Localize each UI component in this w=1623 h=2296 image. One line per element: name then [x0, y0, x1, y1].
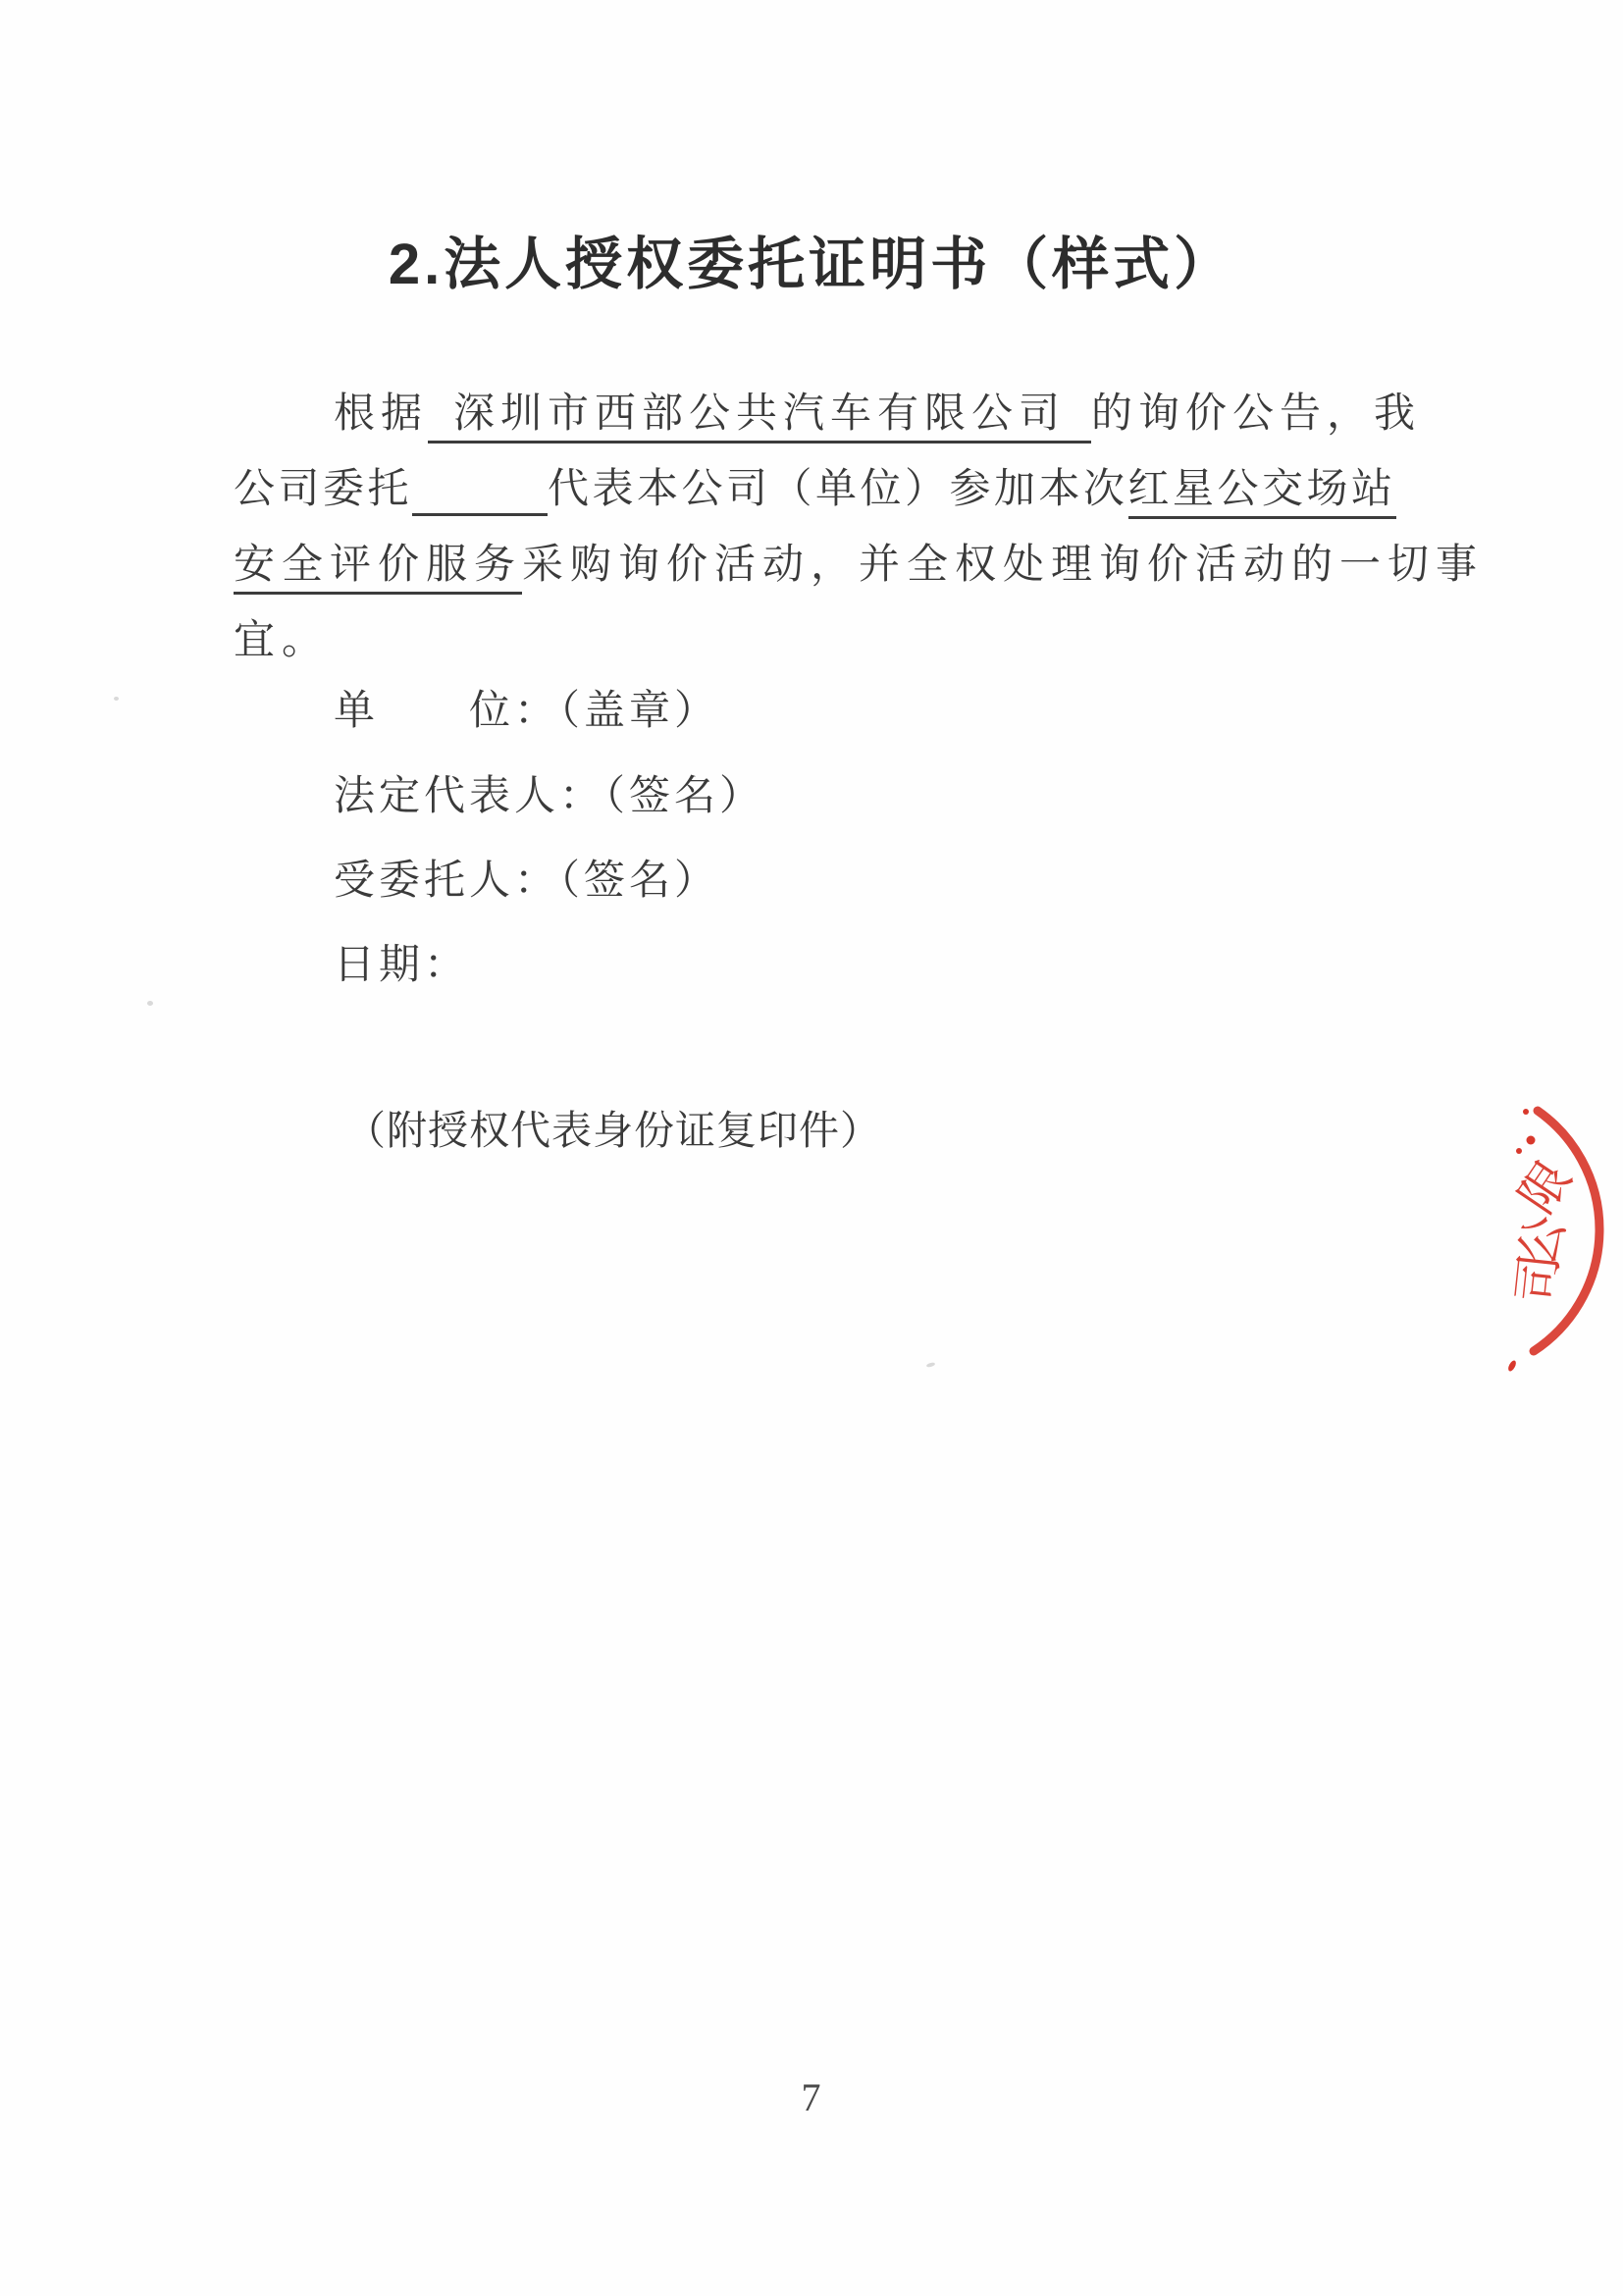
scan-speck [926, 1362, 936, 1368]
seal-speck-bottom [1507, 1359, 1518, 1372]
scan-speck [147, 1001, 153, 1006]
paragraph-line-2: 公司委托代表本公司（单位）参加本次红星公交场站 [234, 456, 1396, 515]
text-genju: 根据 [334, 391, 428, 437]
paragraph-line-1: 根据深圳市西部公共汽车有限公司的询价公告，我 [334, 381, 1421, 440]
form-unit-seal-line: 单 位：（盖章） [334, 678, 719, 737]
text-represent: 代表本公司（单位）参加本次 [548, 467, 1128, 512]
underlined-company-name: 深圳市西部公共汽车有限公司 [428, 391, 1091, 444]
seal-speck-1 [1523, 1109, 1529, 1115]
paragraph-line-4: 宜。 [234, 607, 330, 666]
scan-speck [114, 697, 119, 701]
text-procurement-activity: 采购询价活动，并全权处理询价活动的一切事 [522, 543, 1484, 588]
text-inquiry-notice: 的询价公告，我 [1091, 391, 1421, 437]
seal-speck-3 [1516, 1148, 1522, 1154]
seal-char-xian: 限 [1509, 1151, 1582, 1223]
paragraph-line-3: 安全评价服务采购询价活动，并全权处理询价活动的一切事 [234, 532, 1484, 591]
form-legal-representative-line: 法定代表人：（签名） [334, 763, 764, 822]
underlined-service-name: 安全评价服务 [234, 543, 522, 595]
fill-in-blank-line [412, 475, 548, 516]
seal-char-si: 司 [1508, 1251, 1568, 1306]
document-page: 2.法人授权委托证明书（样式） 根据深圳市西部公共汽车有限公司的询价公告，我 公… [0, 0, 1623, 2296]
underlined-project-name: 红星公交场站 [1128, 467, 1396, 519]
text-entrust: 公司委托 [234, 467, 412, 512]
page-number: 7 [0, 2074, 1623, 2120]
form-date-line: 日期： [334, 932, 469, 991]
red-company-seal-partial: 限 公 司 [1492, 1079, 1623, 1393]
document-title: 2.法人授权委托证明书（样式） [0, 218, 1623, 300]
form-attorney-line: 受委托人：（签名） [334, 848, 719, 907]
seal-speck-2 [1527, 1136, 1536, 1145]
attachment-note: （附授权代表身份证复印件） [345, 1098, 881, 1156]
